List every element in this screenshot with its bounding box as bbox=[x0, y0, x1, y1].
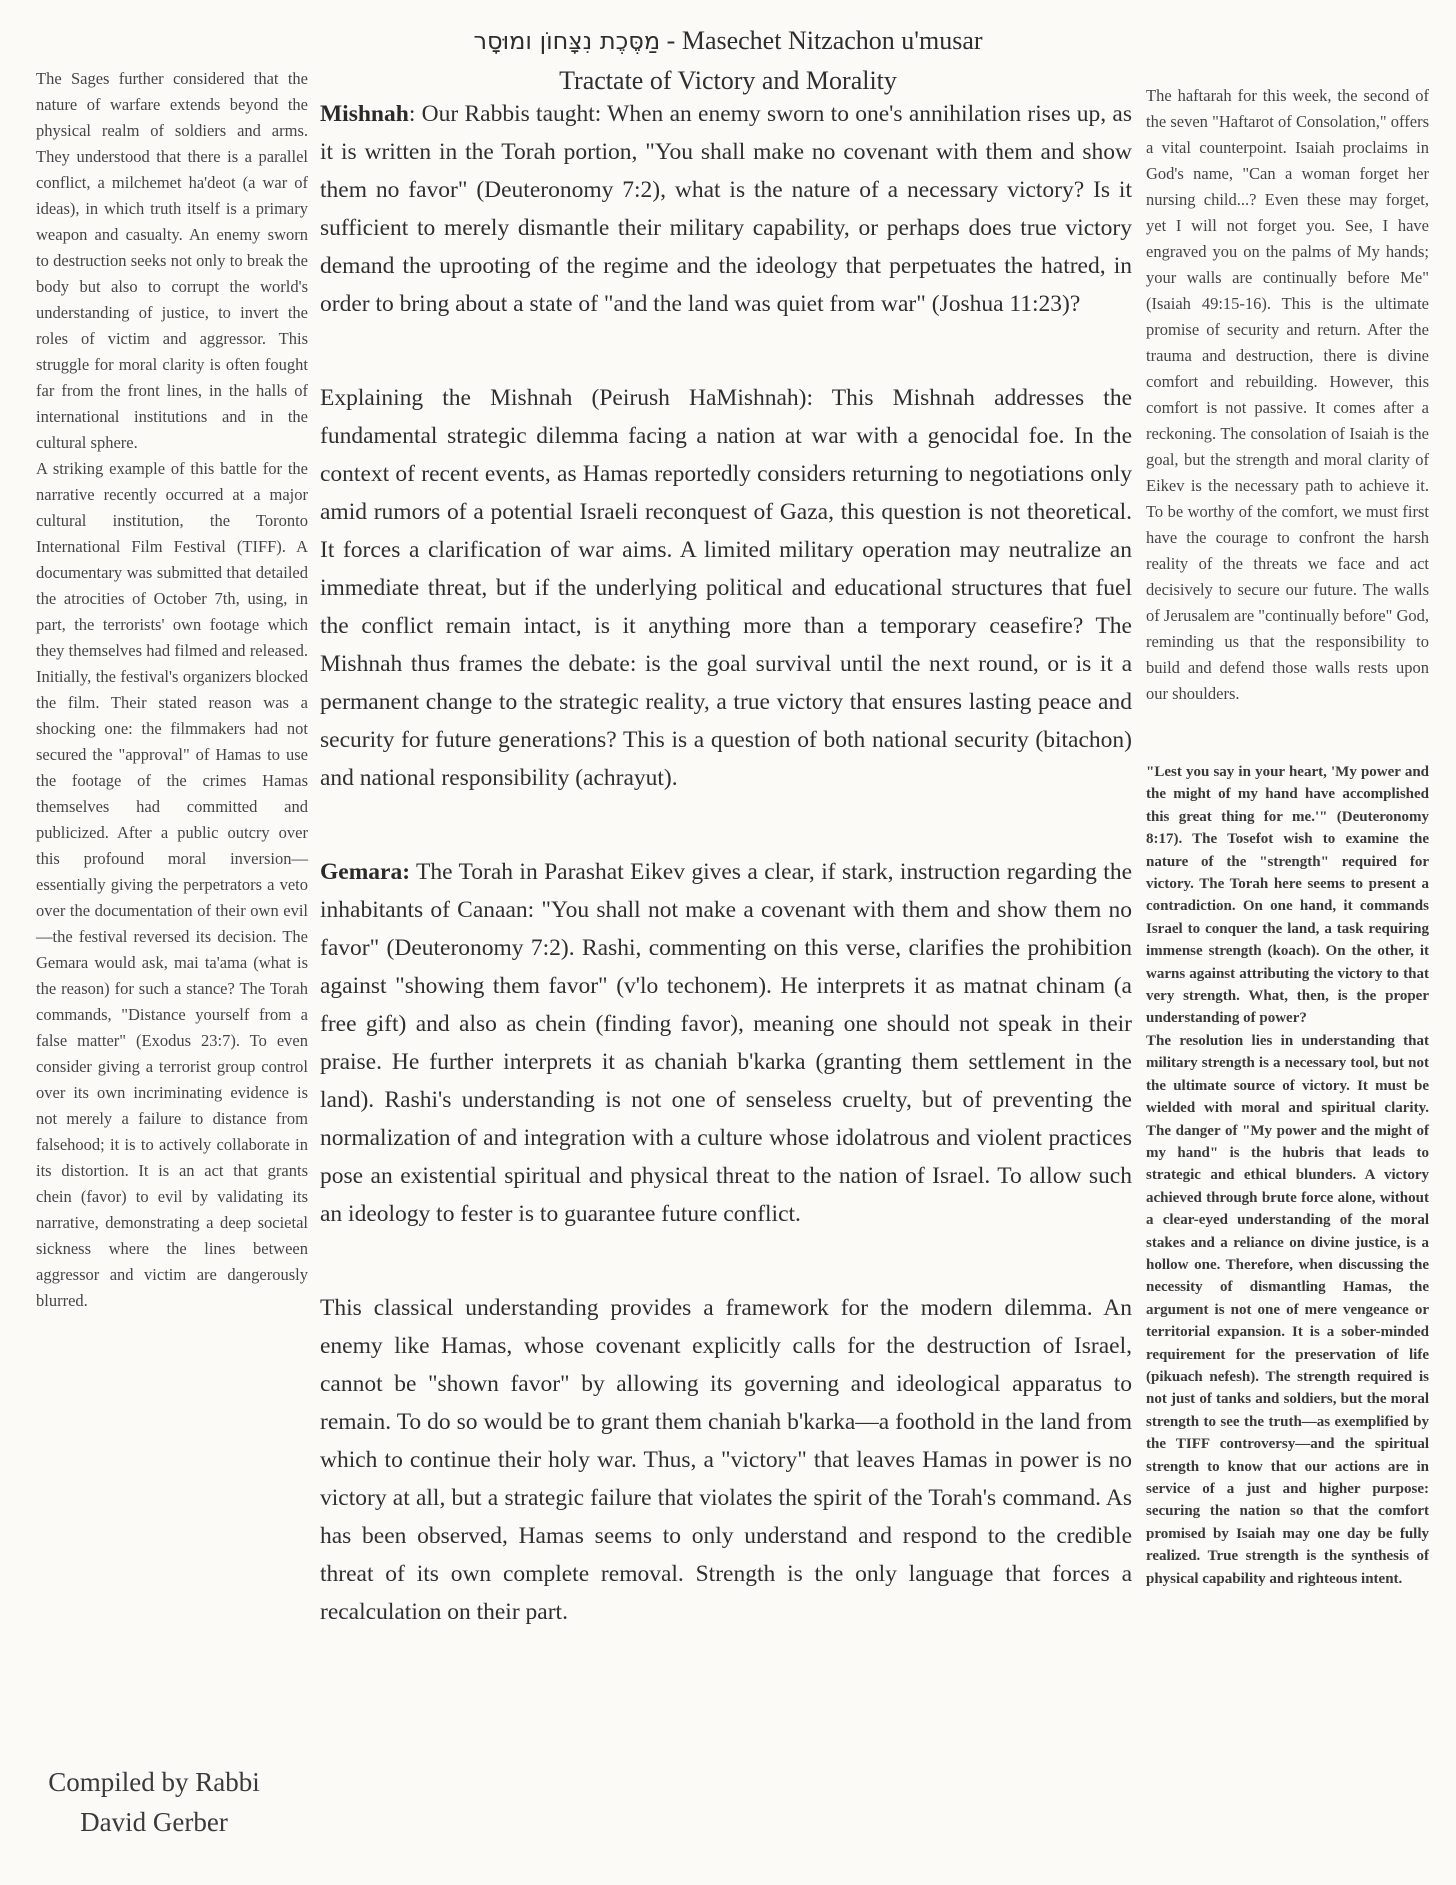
haftarah-commentary-paragraph: The haftarah for this week, the second o… bbox=[1146, 83, 1429, 707]
gemara-text: The Torah in Parashat Eikev gives a clea… bbox=[320, 859, 1132, 1227]
mishnah-label: Mishnah bbox=[320, 101, 409, 127]
gemara-label: Gemara: bbox=[320, 859, 410, 885]
main-text-column: Mishnah: Our Rabbis taught: When an enem… bbox=[320, 95, 1132, 1631]
mishnah-paragraph: Mishnah: Our Rabbis taught: When an enem… bbox=[320, 95, 1132, 323]
gemara-paragraph: Gemara: The Torah in Parashat Eikev give… bbox=[320, 853, 1132, 1233]
mishnah-text: : Our Rabbis taught: When an enemy sworn… bbox=[320, 101, 1132, 317]
left-commentary-paragraph: The Sages further considered that the na… bbox=[36, 66, 308, 456]
peirush-hamishnah-paragraph: Explaining the Mishnah (Peirush HaMishna… bbox=[320, 379, 1132, 797]
modern-dilemma-text: This classical understanding provides a … bbox=[320, 1295, 1132, 1625]
modern-dilemma-paragraph: This classical understanding provides a … bbox=[320, 1289, 1132, 1631]
left-commentary-paragraph: A striking example of this battle for th… bbox=[36, 456, 308, 1314]
talmud-page: מַסֶּכֶת נִצָּחוֹן ומוּסָר - Masechet Ni… bbox=[0, 0, 1456, 1885]
title-latin: - Masechet Nitzachon u'musar bbox=[667, 26, 983, 55]
title-hebrew: מַסֶּכֶת נִצָּחוֹן ומוּסָר bbox=[473, 27, 660, 55]
tosefot-paragraph: "Lest you say in your heart, 'My power a… bbox=[1146, 761, 1429, 1030]
peirush-text: Explaining the Mishnah (Peirush HaMishna… bbox=[320, 385, 1132, 791]
right-commentary-column: The haftarah for this week, the second o… bbox=[1146, 83, 1429, 1590]
tosefot-paragraph: The resolution lies in understanding tha… bbox=[1146, 1030, 1429, 1590]
page-title: מַסֶּכֶת נִצָּחוֹן ומוּסָר - Masechet Ni… bbox=[0, 24, 1456, 58]
compiler-byline: Compiled by Rabbi David Gerber bbox=[24, 1762, 284, 1842]
left-commentary-column: The Sages further considered that the na… bbox=[36, 66, 308, 1314]
